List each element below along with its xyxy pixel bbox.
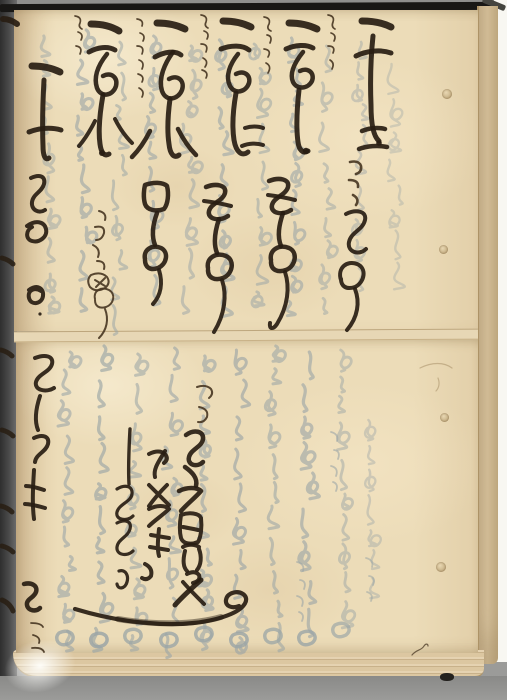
binding-hole	[439, 245, 448, 254]
binding-hole	[442, 89, 452, 99]
binding-hole	[440, 413, 449, 422]
dirt-speck	[440, 673, 454, 681]
scanned-manuscript-photo	[0, 0, 507, 700]
manuscript-page-bottom	[16, 338, 478, 653]
manuscript-page-top	[14, 10, 478, 331]
binding-hole	[436, 562, 446, 572]
page-stack-edge-bottom	[13, 650, 484, 678]
page-stack-edge-right	[477, 6, 498, 664]
